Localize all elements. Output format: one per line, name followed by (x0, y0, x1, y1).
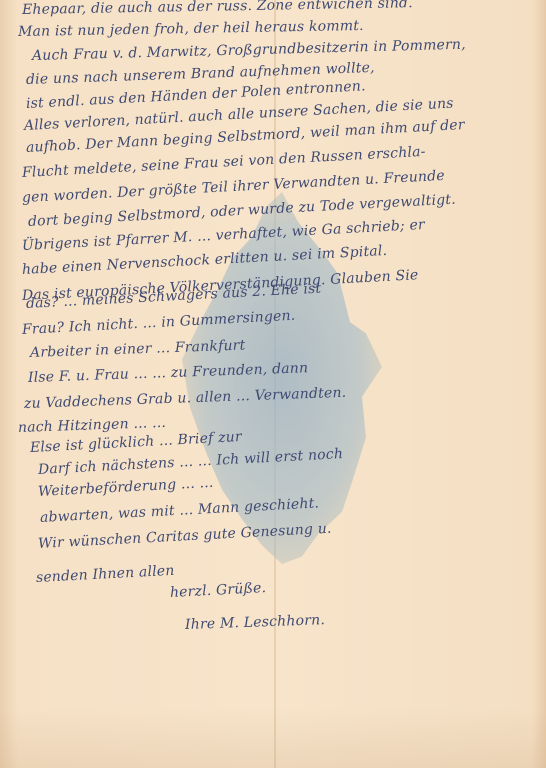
handwritten-line: Ihre M. Leschhorn. (185, 612, 326, 633)
handwritten-line: Man ist nun jeden froh, der heil heraus … (18, 18, 364, 40)
handwritten-line: Ehepaar, die auch aus der russ. Zone ent… (22, 0, 413, 18)
letter-page: Ehepaar, die auch aus der russ. Zone ent… (0, 0, 546, 768)
handwritten-line: senden Ihnen allen (36, 563, 175, 586)
handwritten-line: nach Hitzingen ... ... (18, 415, 167, 436)
handwritten-line: herzl. Grüße. (170, 580, 267, 601)
handwritten-line: Weiterbeförderung ... ... (38, 475, 214, 500)
paper-age-shading (0, 708, 546, 768)
handwritten-line: Auch Frau v. d. Marwitz, Großgrundbesitz… (32, 37, 466, 64)
